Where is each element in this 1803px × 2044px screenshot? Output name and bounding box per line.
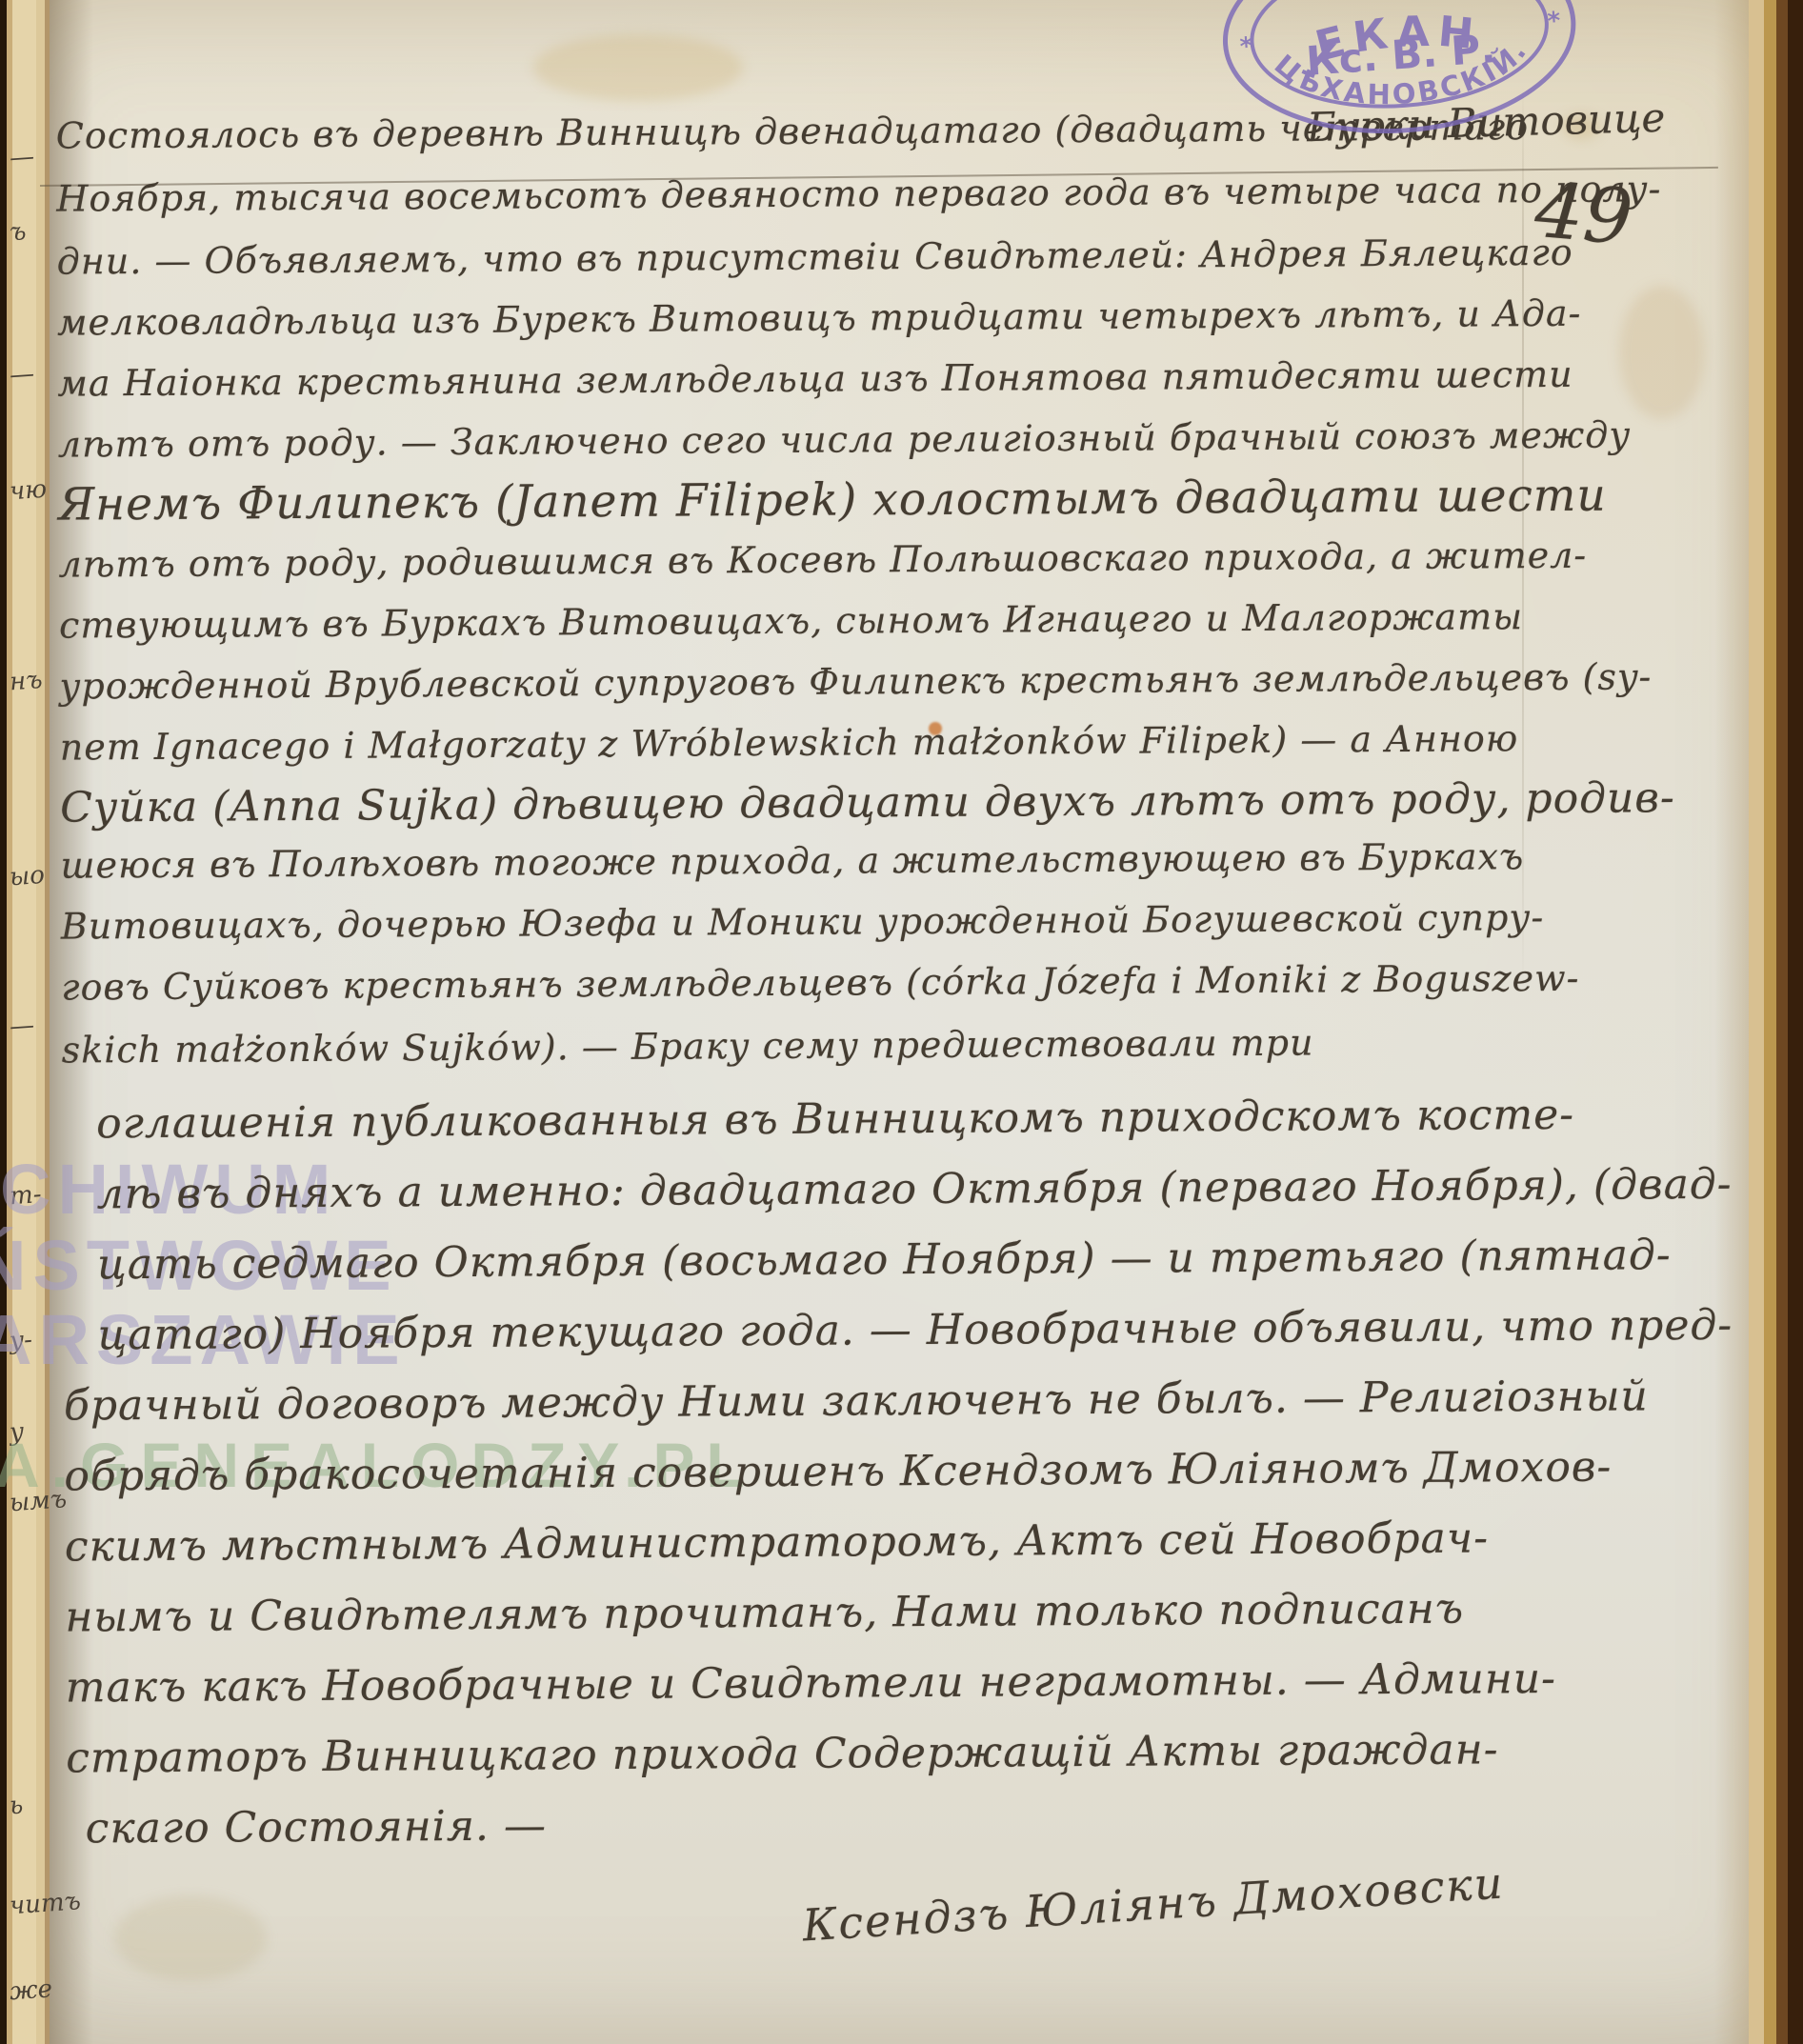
page-number: 49: [1532, 166, 1636, 263]
prev-page-ink-fragment: ь: [9, 1790, 49, 1821]
handwritten-line: дни. — Объявляемъ, что въ присутствіи Св…: [57, 231, 1573, 283]
paper-stain: [533, 34, 743, 101]
handwritten-line: лѣтъ отъ роду, родившимся въ Косевѣ Полѣ…: [58, 534, 1587, 586]
prev-page-ink-fragment: нъ: [9, 666, 49, 697]
handwritten-line: лѣ въ дняхъ а именно: двадцатаго Октября…: [96, 1160, 1732, 1218]
paper-stain: [1619, 286, 1705, 419]
handwritten-line: ствующимъ въ Буркахъ Витовицахъ, сыномъ …: [59, 595, 1523, 646]
prev-page-ink-fragment: читъ: [9, 1890, 49, 1921]
handwritten-line: урожденной Врублевской супруговъ Филипек…: [59, 655, 1652, 707]
stamp-right-asterisk: *: [1547, 7, 1562, 36]
handwritten-line: скимъ мѣстнымъ Администраторомъ, Актъ се…: [65, 1513, 1489, 1571]
prev-page-ink-fragment: —: [9, 359, 49, 391]
prev-page-ink-fragment: чю: [9, 475, 49, 507]
prev-page-ink-fragment: ъ: [9, 216, 49, 248]
handwritten-line: skich małżonków Sujków). — Браку сему пр…: [62, 1022, 1314, 1072]
prev-page-ink-fragment: ыо: [9, 861, 49, 892]
handwritten-line: Витовицахъ, дочерью Юзефа и Моники урожд…: [61, 896, 1545, 948]
handwritten-line: оглашенія публикованныя въ Винницкомъ пр…: [96, 1091, 1574, 1148]
priest-signature: Ксендзъ Юліянъ Дмоховски: [801, 1857, 1506, 1952]
prev-page-ink-fragment: же: [9, 1975, 49, 2007]
handwritten-line: нымъ и Свидѣтелямъ прочитанъ, Нами тольк…: [65, 1585, 1464, 1642]
prev-page-ink-fragment: —: [9, 142, 49, 173]
handwritten-line: страторъ Винницкаго прихода Содержащій А…: [66, 1725, 1499, 1782]
handwritten-line: брачный договоръ между Ними заключенъ не…: [64, 1372, 1649, 1430]
stamp-left-asterisk: *: [1239, 32, 1254, 62]
handwritten-line: мелковладѣльца изъ Бурекъ Витовицъ тридц…: [57, 292, 1582, 344]
handwritten-line: Суйка (Anna Sujka) дѣвицею двадцати двух…: [60, 773, 1675, 832]
handwritten-line: лѣтъ отъ роду. — Заключено сего числа ре…: [58, 413, 1632, 465]
handwritten-line: скаго Состоянія. —: [86, 1801, 547, 1853]
handwritten-line: такъ какъ Новобрачные и Свидѣтели неграм…: [66, 1654, 1556, 1713]
paper-stain: [114, 1895, 267, 1981]
handwritten-line: цатаго) Ноября текущаго года. — Новобрач…: [97, 1301, 1733, 1359]
handwritten-line: цать седмаго Октября (восьмаго Ноября) —…: [97, 1231, 1672, 1289]
right-edge-shadow: [1714, 0, 1749, 2044]
handwritten-line: Ноября, тысяча восемьсотъ девяносто перв…: [56, 168, 1661, 219]
dean-oval-stamp: ДЕКАНЪ Кс. В. Р. ЦѢХАНОВСКІЙ. * *: [1211, 0, 1590, 151]
handwritten-line: ма Наіонка крестьянина землѣдельца изъ П…: [57, 353, 1573, 405]
prev-page-ink-fragment: —: [9, 1011, 49, 1042]
handwritten-line: шеюся въ Полѣховѣ тогоже прихода, а жите…: [60, 835, 1524, 886]
book-right-edge: [1749, 0, 1803, 2044]
handwritten-line: говъ Суйковъ крестьянъ землѣдельцевъ (có…: [61, 957, 1579, 1009]
handwritten-line: nem Ignacego i Małgorzaty z Wróblewskich…: [60, 717, 1519, 768]
scanned-register-page: — ъ — чю нъ ыо — т- у- у ымъ ь читъ же C…: [0, 0, 1803, 2044]
handwritten-line: Янемъ Филипекъ (Janem Filipek) холостымъ…: [58, 470, 1607, 531]
handwritten-line: обрядъ бракосочетанія совершенъ Ксендзом…: [64, 1443, 1612, 1501]
